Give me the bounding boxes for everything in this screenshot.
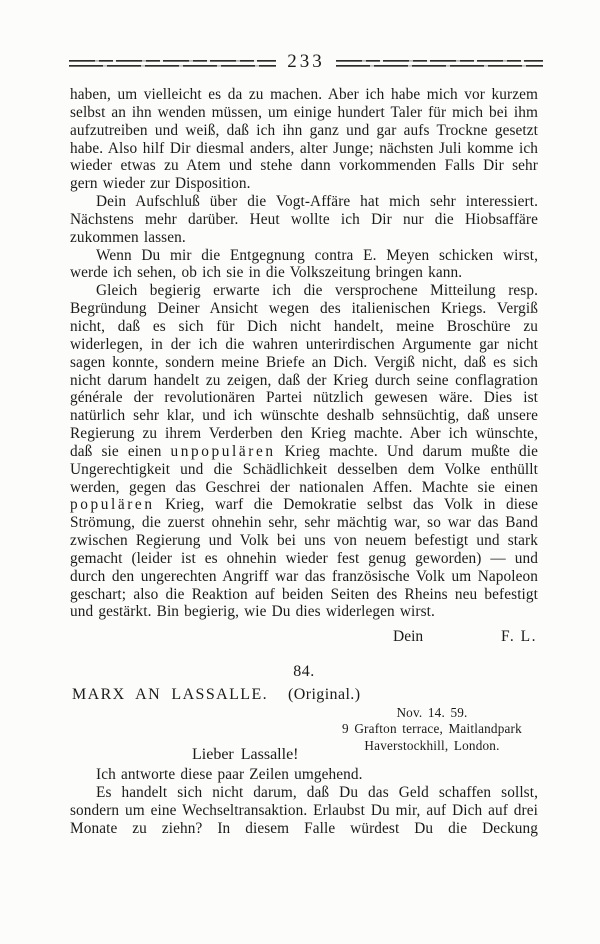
- paragraph: haben, um vielleicht es da zu machen. Ab…: [70, 86, 538, 193]
- paragraph: Dein Aufschluß über die Vogt-Affäre hat …: [70, 193, 538, 247]
- paragraph: Es handelt sich nicht darum, daß Du das …: [70, 784, 538, 838]
- letter-84-body: Ich antworte diese paar Zeilen umgehend.…: [70, 766, 538, 837]
- signature-initials: F. L.: [501, 628, 537, 646]
- emphasized-word: unpopulären: [171, 443, 276, 460]
- paragraph: Ich antworte diese paar Zeilen umgehend.: [70, 766, 538, 784]
- paragraph-text: Krieg, warf die Demokratie selbst das Vo…: [70, 496, 538, 620]
- letter-signature: Dein F. L.: [70, 628, 538, 647]
- letter-heading: MARX AN LASSALLE. (Original.): [72, 686, 360, 704]
- dateline-address-2: Haverstockhill, London.: [334, 738, 530, 754]
- paragraph-text: Gleich begierig erwarte ich die versproc…: [70, 282, 538, 460]
- dateline-address-1: 9 Grafton terrace, Maitlandpark: [334, 721, 530, 737]
- emphasized-word: populären: [70, 496, 155, 513]
- paragraph: Gleich begierig erwarte ich die versproc…: [70, 282, 538, 621]
- signature-closing: Dein: [393, 628, 423, 646]
- paragraph: Wenn Du mir die Entgegnung contra E. Mey…: [70, 247, 538, 283]
- letter-dateline: Nov. 14. 59. 9 Grafton terrace, Maitland…: [334, 705, 530, 754]
- letter-heading-note: (Original.): [288, 686, 360, 703]
- letter-83-continuation: haben, um vielleicht es da zu machen. Ab…: [70, 86, 538, 628]
- letter-heading-title: MARX AN LASSALLE.: [72, 686, 268, 703]
- dateline-date: Nov. 14. 59.: [334, 705, 530, 721]
- letter-salutation: Lieber Lassalle!: [192, 746, 299, 764]
- book-page: 233 haben, um vielleicht es da zu machen…: [0, 0, 600, 944]
- running-head: 233: [69, 52, 543, 74]
- header-rule-right: [336, 58, 543, 68]
- header-rule-left: [69, 58, 276, 68]
- page-number: 233: [276, 51, 336, 73]
- letter-number: 84.: [70, 663, 538, 681]
